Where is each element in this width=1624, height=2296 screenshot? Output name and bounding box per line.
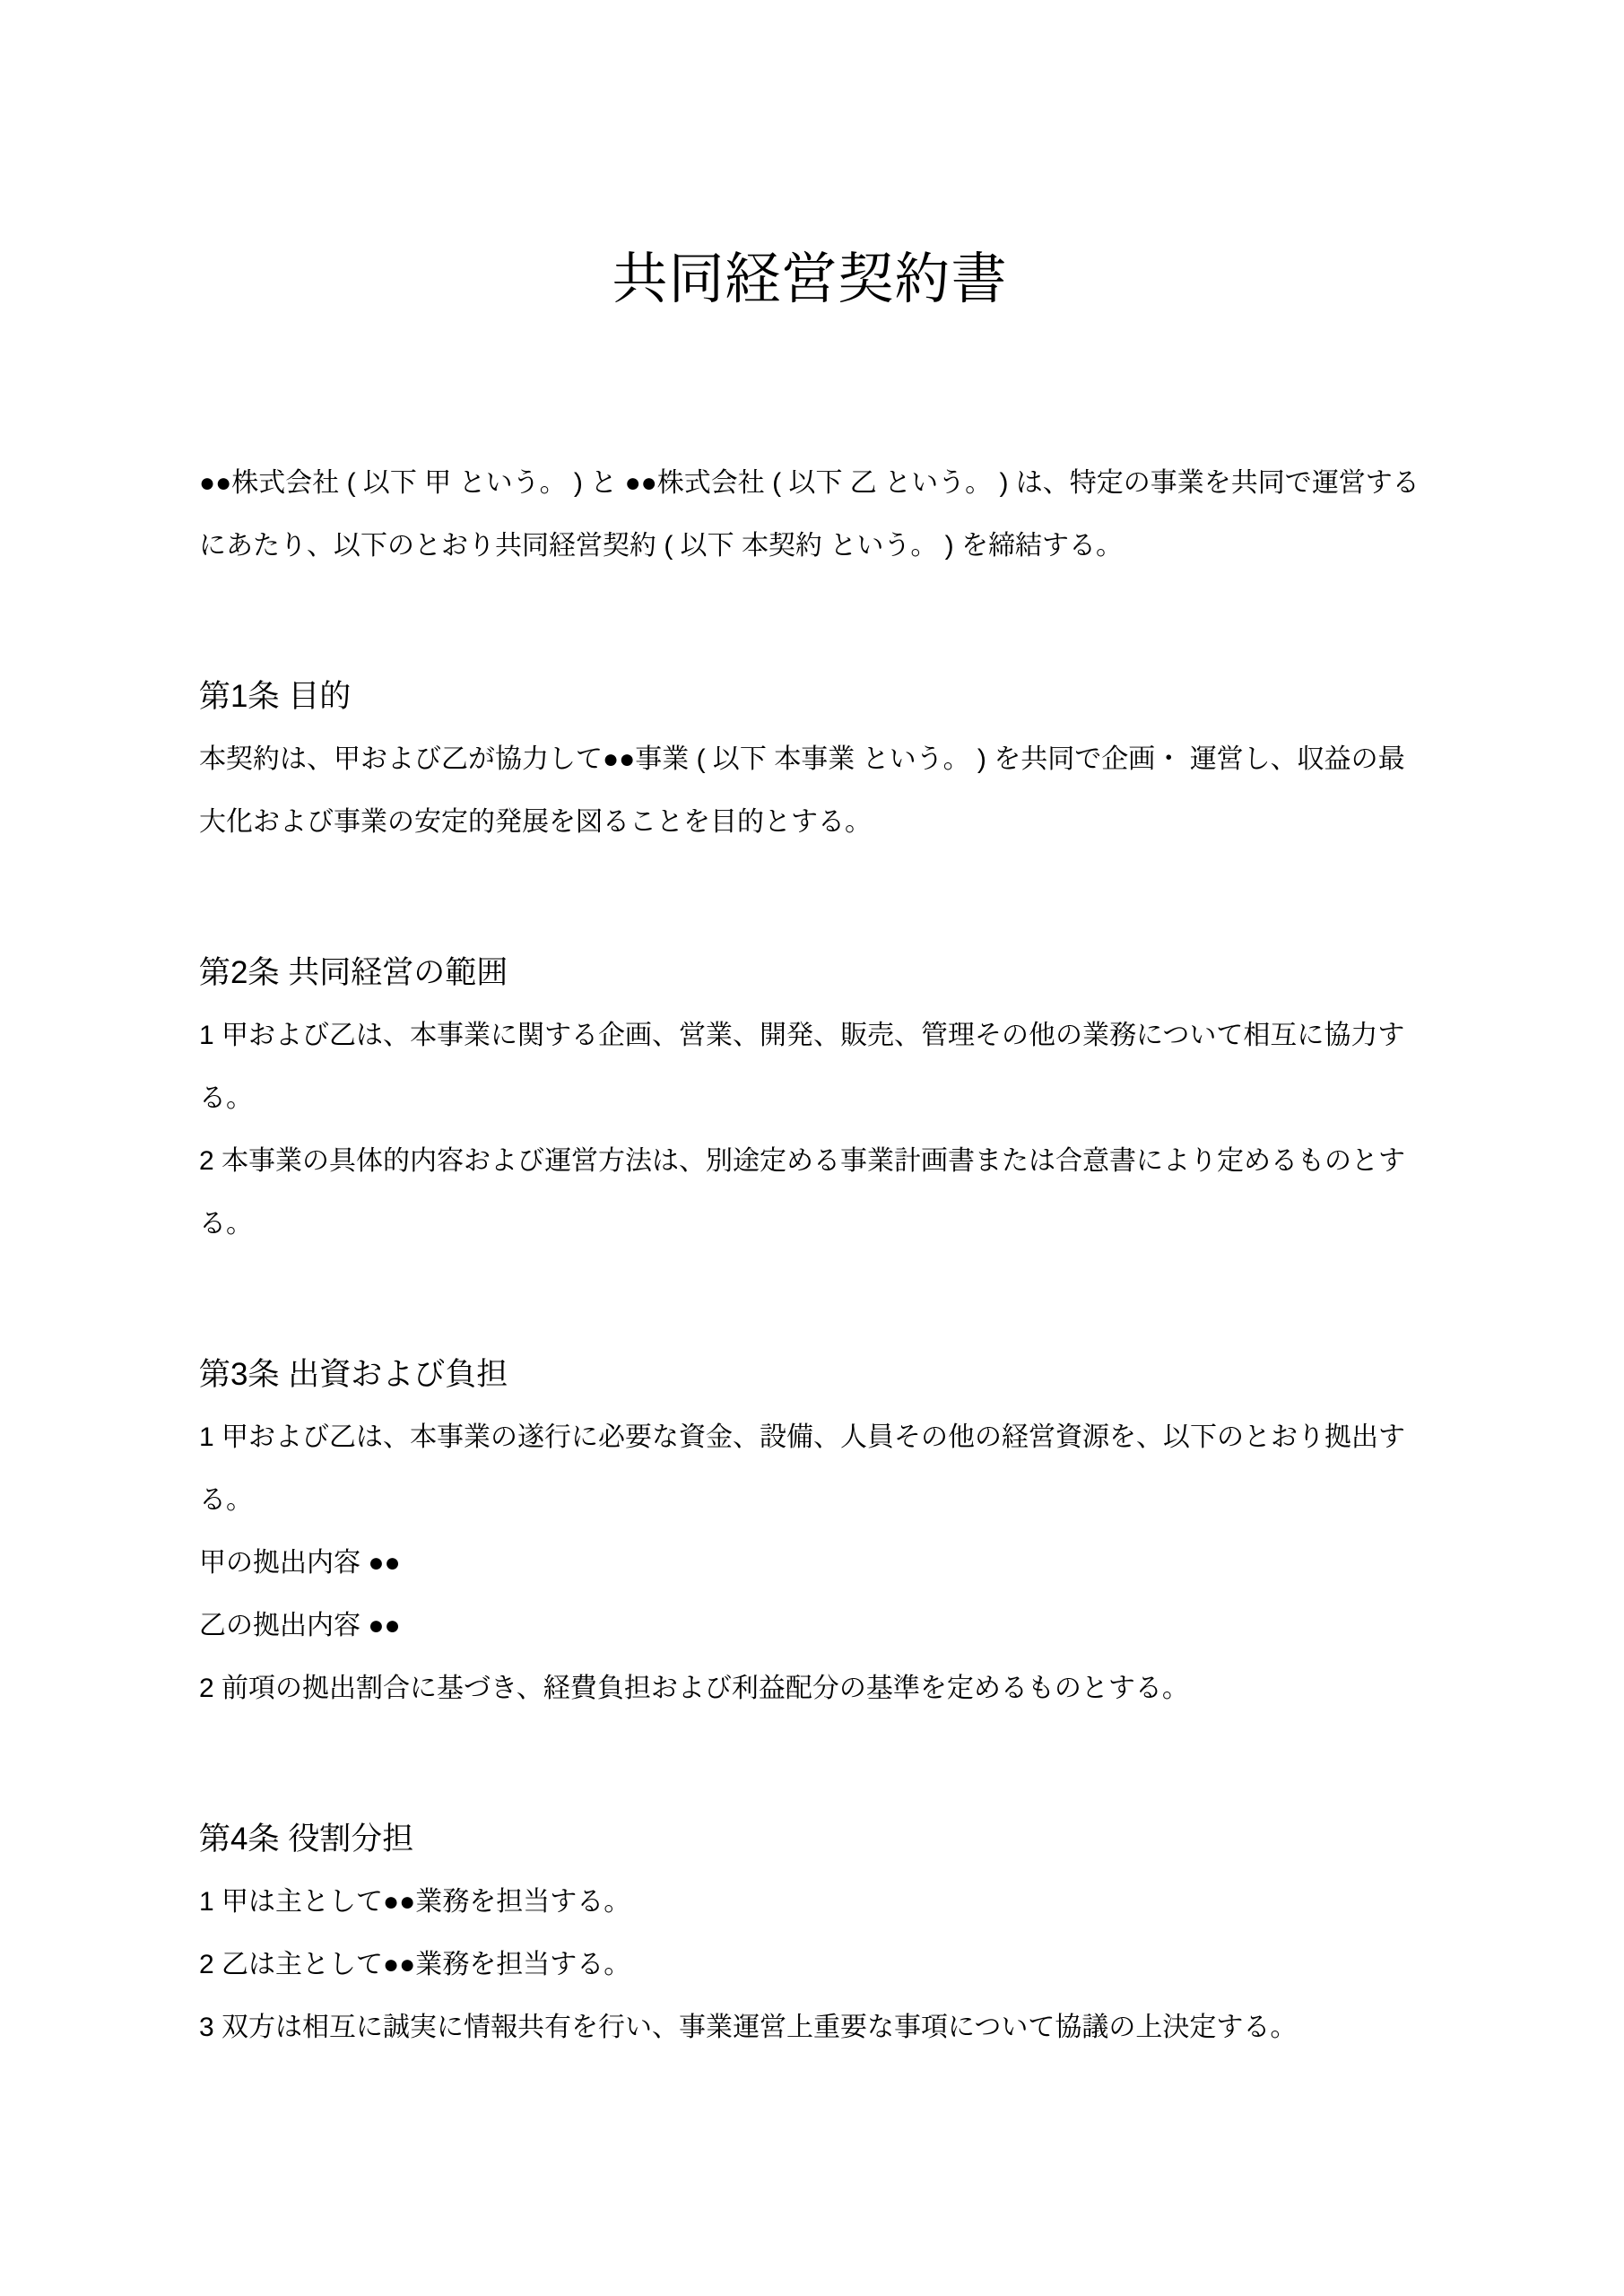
section-paragraph: 甲の拠出内容 ●● <box>199 1532 1420 1595</box>
section-heading: 第1条 目的 <box>199 665 1420 728</box>
intro-paragraph: ●●株式会社 ( 以下 甲 という。 ) と ●●株式会社 ( 以下 乙 という… <box>199 452 1420 578</box>
section-paragraph: 乙の拠出内容 ●● <box>199 1595 1420 1657</box>
section-heading: 第4条 役割分担 <box>199 1808 1420 1871</box>
contract-section: 第1条 目的 本契約は、甲および乙が協力して●●事業 ( 以下 本事業 という。… <box>199 665 1420 854</box>
section-paragraph: 1 甲は主として●●業務を担当する。 <box>199 1871 1420 1934</box>
document-page: 共同経営契約書 ●●株式会社 ( 以下 甲 という。 ) と ●●株式会社 ( … <box>0 0 1624 2296</box>
section-heading: 第2条 共同経営の範囲 <box>199 942 1420 1004</box>
contract-section: 第4条 役割分担 1 甲は主として●●業務を担当する。2 乙は主として●●業務を… <box>199 1808 1420 2059</box>
section-heading: 第3条 出資および負担 <box>199 1344 1420 1406</box>
contract-section: 第2条 共同経営の範囲 1 甲および乙は、本事業に関する企画、営業、開発、販売、… <box>199 942 1420 1256</box>
sections-container: 第1条 目的 本契約は、甲および乙が協力して●●事業 ( 以下 本事業 という。… <box>199 665 1420 2059</box>
section-paragraph: 2 本事業の具体的内容および運営方法は、別途定める事業計画書または合意書により定… <box>199 1130 1420 1256</box>
contract-section: 第3条 出資および負担 1 甲および乙は、本事業の遂行に必要な資金、設備、人員そ… <box>199 1344 1420 1720</box>
section-paragraph: 3 双方は相互に誠実に情報共有を行い、事業運営上重要な事項について協議の上決定す… <box>199 1996 1420 2059</box>
section-paragraph: 1 甲および乙は、本事業に関する企画、営業、開発、販売、管理その他の業務について… <box>199 1004 1420 1130</box>
document-title: 共同経営契約書 <box>199 248 1420 311</box>
section-paragraph: 2 前項の拠出割合に基づき、経費負担および利益配分の基準を定めるものとする。 <box>199 1657 1420 1720</box>
section-paragraph: 2 乙は主として●●業務を担当する。 <box>199 1934 1420 1996</box>
section-paragraph: 本契約は、甲および乙が協力して●●事業 ( 以下 本事業 という。 ) を共同で… <box>199 728 1420 854</box>
section-paragraph: 1 甲および乙は、本事業の遂行に必要な資金、設備、人員その他の経営資源を、以下の… <box>199 1406 1420 1532</box>
